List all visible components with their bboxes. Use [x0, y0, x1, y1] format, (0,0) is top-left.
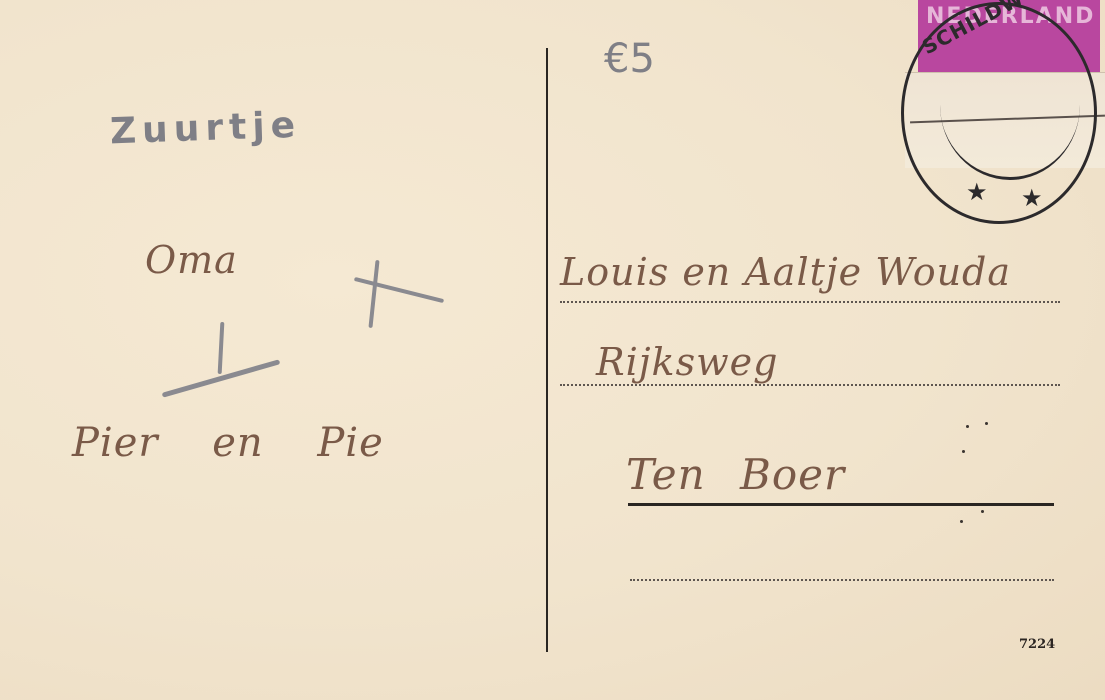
address-solid-line-3 [628, 503, 1054, 506]
address-line-2: Rijksweg [596, 340, 778, 384]
postmark-inner-arc [940, 30, 1080, 180]
address-dotted-line-1 [560, 301, 1060, 303]
address-line-3: Ten Boer [626, 450, 845, 499]
address-dotted-line-4 [630, 579, 1054, 581]
pencil-note-zuurtje: Zuurtje [109, 105, 301, 153]
center-divider [546, 48, 548, 652]
address-line-1: Louis en Aaltje Wouda [560, 250, 1011, 294]
postcard-back: Zuurtje Oma Pier en Pie €5 Louis en Aalt… [0, 0, 1105, 700]
card-number: 7224 [1019, 637, 1055, 652]
postmark-star-icon: ★ [1021, 184, 1043, 212]
message-pier-en-pie: Pier en Pie [72, 420, 384, 466]
address-dotted-line-2 [560, 384, 1060, 386]
postmark-star-icon: ★ [966, 178, 988, 206]
price-note: €5 [604, 36, 655, 82]
message-oma: Oma [145, 238, 238, 282]
